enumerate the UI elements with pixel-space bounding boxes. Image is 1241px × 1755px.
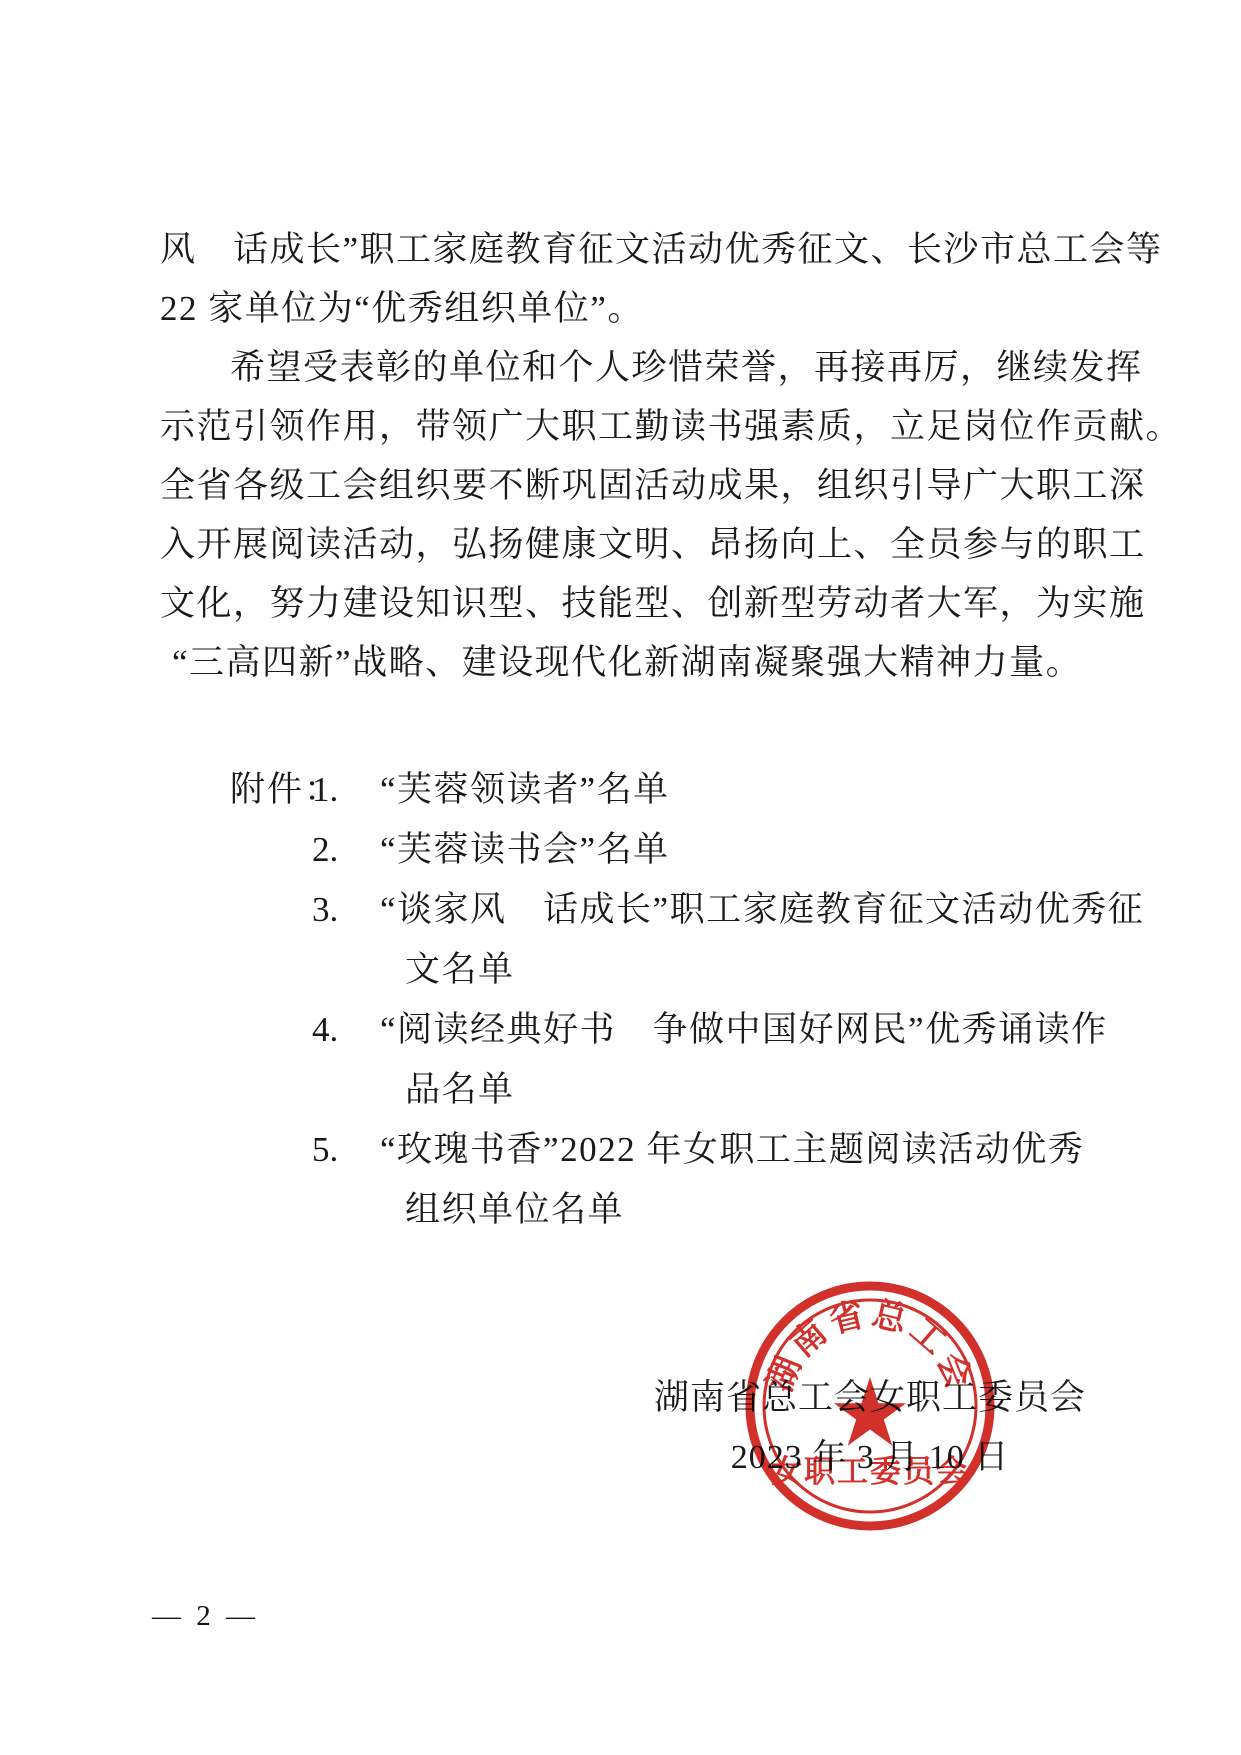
seal-star-icon	[834, 1377, 906, 1446]
attachment-number: 3.	[312, 880, 380, 940]
attachment-item: 2.“芙蓉读书会”名单	[312, 820, 670, 880]
page-number: — 2 —	[152, 1598, 259, 1634]
attachment-item: 4.“阅读经典好书 争做中国好网民”优秀诵读作	[312, 1000, 1108, 1060]
attachment-text: “阅读经典好书 争做中国好网民”优秀诵读作	[380, 1010, 1108, 1049]
seal-bottom-text: 女职工委员会	[771, 1454, 969, 1489]
attachment-text-continuation: 品名单	[405, 1060, 515, 1120]
document-page: 风 话成长”职工家庭教育征文活动优秀征文、长沙市总工会等 22 家单位为“优秀组…	[0, 0, 1241, 1755]
body-line: 入开展阅读活动，弘扬健康文明、昂扬向上、全员参与的职工	[160, 515, 1085, 574]
body-line: 希望受表彰的单位和个人珍惜荣誉，再接再厉，继续发挥	[160, 338, 1085, 397]
attachment-item: 3.“谈家风 话成长”职工家庭教育征文活动优秀征	[312, 880, 1144, 940]
attachment-item: 1.“芙蓉领读者”名单	[312, 760, 670, 820]
attachment-number: 1.	[312, 760, 380, 820]
attachment-text-continuation: 组织单位名单	[405, 1180, 624, 1240]
attachment-text-continuation: 文名单	[405, 940, 515, 1000]
body-line: 22 家单位为“优秀组织单位”。	[160, 279, 1085, 338]
body-line: “三高四新”战略、建设现代化新湖南凝聚强大精神力量。	[160, 633, 1085, 692]
official-seal: 湖南省总工会 女职工委员会	[743, 1279, 997, 1533]
body-line: 风 话成长”职工家庭教育征文活动优秀征文、长沙市总工会等	[160, 220, 1085, 279]
attachment-text: “玫瑰书香”2022 年女职工主题阅读活动优秀	[380, 1130, 1084, 1169]
attachment-number: 4.	[312, 1000, 380, 1060]
attachment-number: 2.	[312, 820, 380, 880]
attachment-item: 5.“玫瑰书香”2022 年女职工主题阅读活动优秀	[312, 1120, 1084, 1180]
attachment-text: “谈家风 话成长”职工家庭教育征文活动优秀征	[380, 890, 1144, 929]
body-line: 全省各级工会组织要不断巩固活动成果，组织引导广大职工深	[160, 456, 1085, 515]
body-line: 示范引领作用，带领广大职工勤读书强素质，立足岗位作贡献。	[160, 397, 1085, 456]
body-paragraphs: 风 话成长”职工家庭教育征文活动优秀征文、长沙市总工会等 22 家单位为“优秀组…	[160, 220, 1085, 692]
attachment-text: “芙蓉读书会”名单	[380, 830, 670, 869]
attachment-number: 5.	[312, 1120, 380, 1180]
attachment-text: “芙蓉领读者”名单	[380, 770, 670, 809]
body-line: 文化，努力建设知识型、技能型、创新型劳动者大军，为实施	[160, 574, 1085, 633]
